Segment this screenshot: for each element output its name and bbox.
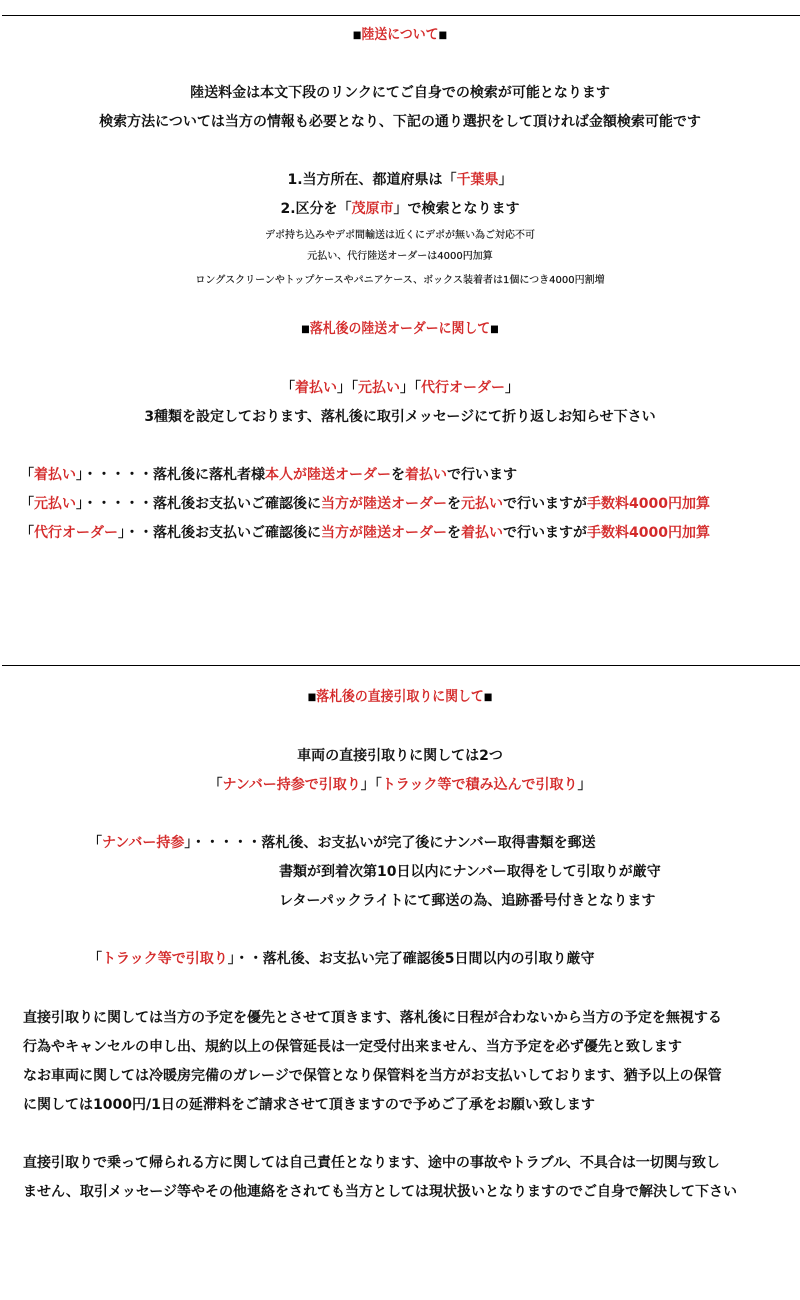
top-divider bbox=[2, 15, 800, 16]
liability-line-2: ません、取引メッセージ等やその他連絡をされても当方としては現状扱いとなりますので… bbox=[23, 1185, 737, 1199]
number-option-row: 「ナンバー持参」・・・・・落札後、お支払いが完了後にナンバー取得書類を郵送 bbox=[88, 836, 596, 850]
section-heading-shipping: ■陸送について■ bbox=[32, 28, 768, 42]
pickup-methods-line: 「ナンバー持参で引取り」「トラック等で積み込んで引取り」 bbox=[0, 778, 800, 792]
heading-text: 落札後の直接引取りに関して bbox=[316, 689, 483, 705]
policy-line-3: なお車両に関しては冷暖房完備のガレージで保管となり保管料を当方がお支払いしており… bbox=[23, 1069, 722, 1083]
number-option-line-3: レターパックライトにて郵送の為、追跡番号付きとなります bbox=[279, 894, 655, 908]
number-option-line-2: 書類が到着次第10日以内にナンバー取得をして引取りが厳守 bbox=[279, 865, 661, 879]
square-marker-icon: ■ bbox=[484, 692, 493, 703]
city-value: 茂原市 bbox=[352, 201, 394, 217]
square-marker-icon: ■ bbox=[439, 30, 448, 41]
shipping-row-collect: 「着払い」・・・・・落札後に落札者様本人が陸送オーダーを着払いで行います bbox=[20, 468, 517, 482]
method-truck: トラック等で積み込んで引取り bbox=[382, 777, 578, 793]
liability-line-1: 直接引取りで乗って帰られる方に関しては自己責任となります、途中の事故やトラブル、… bbox=[23, 1156, 720, 1170]
policy-line-4: に関しては1000円/1日の延滞料をご請求させて頂きますので予めご了承をお願い致… bbox=[23, 1098, 595, 1112]
intro-line-2: 検索方法については当方の情報も必要となり、下記の通り選択をして頂ければ金額検索可… bbox=[0, 115, 800, 129]
section-heading-shipping-order: ■落札後の陸送オーダーに関して■ bbox=[32, 322, 768, 336]
option-proxy-order: 代行オーダー bbox=[421, 380, 505, 396]
shipping-row-prepaid: 「元払い」・・・・・落札後お支払いご確認後に当方が陸送オーダーを元払いで行います… bbox=[20, 497, 710, 511]
step-2-city: 2.区分を「茂原市」で検索となります bbox=[0, 202, 800, 216]
intro-line-1: 陸送料金は本文下段のリンクにてご自身での検索が可能となります bbox=[0, 86, 800, 100]
heading-text: 落札後の陸送オーダーに関して bbox=[310, 321, 490, 337]
shipping-options-sub: 3種類を設定しております、落札後に取引メッセージにて折り返しお知らせ下さい bbox=[0, 410, 800, 424]
shipping-options-line: 「着払い」「元払い」「代行オーダー」 bbox=[0, 381, 800, 395]
option-prepaid: 元払い bbox=[358, 380, 400, 396]
option-collect: 着払い bbox=[295, 380, 337, 396]
step-1-prefecture: 1.当方所在、都道府県は「千葉県」 bbox=[0, 173, 800, 187]
truck-option-row: 「トラック等で引取り」・・落札後、お支払い完了確認後5日間以内の引取り厳守 bbox=[88, 952, 594, 966]
note-surcharge: 元払い、代行陸送オーダーは4000円加算 bbox=[0, 252, 800, 262]
prefecture-value: 千葉県 bbox=[457, 172, 499, 188]
policy-line-2: 行為やキャンセルの申し出、規約以上の保管延長は一定受付出来ません、当方予定を必ず… bbox=[23, 1040, 682, 1054]
square-marker-icon: ■ bbox=[301, 324, 310, 335]
pickup-intro: 車両の直接引取りに関しては2つ bbox=[0, 749, 800, 763]
note-depot: デポ持ち込みやデポ間輸送は近くにデポが無い為ご対応不可 bbox=[0, 231, 800, 241]
square-marker-icon: ■ bbox=[353, 30, 362, 41]
note-accessories: ロングスクリーンやトップケースやパニアケース、ボックス装着者は1個につき4000… bbox=[0, 276, 800, 286]
section-divider bbox=[2, 665, 800, 666]
method-bring-plate: ナンバー持参で引取り bbox=[222, 777, 360, 793]
section-heading-pickup: ■落札後の直接引取りに関して■ bbox=[32, 690, 768, 704]
policy-line-1: 直接引取りに関しては当方の予定を優先とさせて頂きます、落札後に日程が合わないから… bbox=[23, 1011, 722, 1025]
square-marker-icon: ■ bbox=[490, 324, 499, 335]
heading-text: 陸送について bbox=[361, 27, 438, 43]
square-marker-icon: ■ bbox=[308, 692, 317, 703]
shipping-row-proxy: 「代行オーダー」・・落札後お支払いご確認後に当方が陸送オーダーを着払いで行います… bbox=[20, 526, 710, 540]
